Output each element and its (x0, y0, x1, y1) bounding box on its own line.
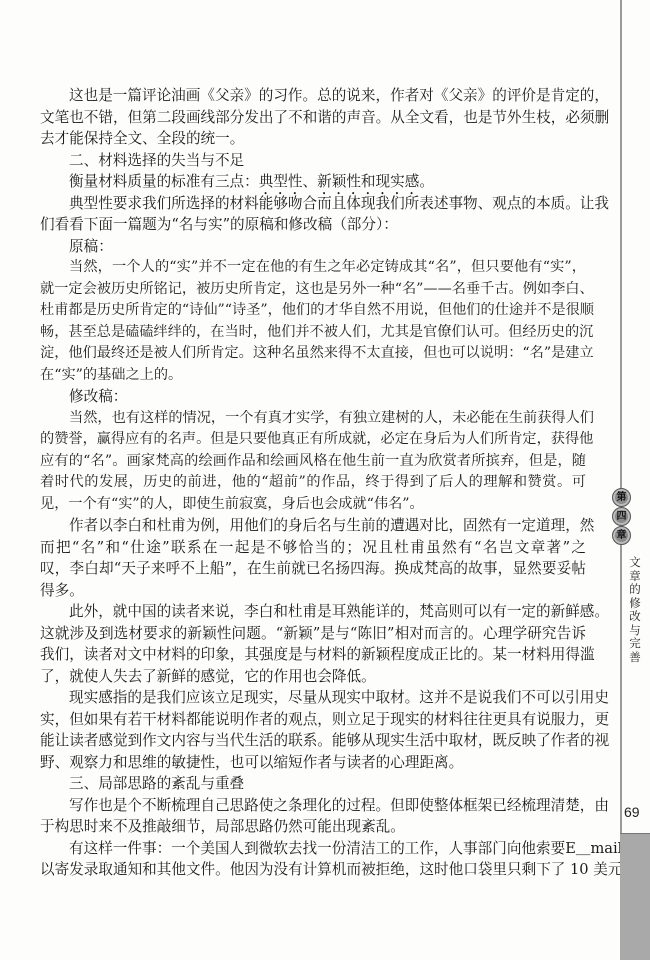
text-line: 野、观察力和思维的敏捷性，也可以缩短作者与读者的心理距离。 (40, 752, 586, 774)
text-line: 此外，就中国的读者来说，李白和杜甫是耳熟能详的，梵高则可以有一定的新鲜感。 (40, 601, 586, 623)
emphasized-term: 典型性 (259, 173, 303, 190)
quote-line: 见，一个有“实”的人，即使生前寂寞，身后也会成就“伟名”。 (40, 494, 586, 516)
text-line: 这也是一篇评论油画《父亲》的习作。总的说来，作者对《父亲》的评价是肯定的， (40, 85, 586, 107)
quote-line: 杜甫都是历史所肯定的“诗仙”“诗圣”，他们的才华自然不用说，但他们的仕途并不是很… (40, 300, 586, 322)
quote-line: 淀，他们最终还是被人们所肯定。这种名虽然来得不太直接，但也可以说明：“名”是建立 (40, 343, 586, 365)
emphasized-term: 新颖性和现实感 (317, 173, 419, 190)
text-line: 而把“名”和“仕途”联系在一起是不够恰当的；况且杜甫虽然有“名岂文章著”之 (40, 537, 586, 559)
chapter-badge-icon: 四 (612, 507, 631, 526)
section-heading: 三、局部思路的紊乱与重叠 (40, 773, 586, 795)
text-segment: 衡量材料质量的标准有三点： (69, 173, 259, 190)
quote-line: 畅，甚至总是磕磕绊绊的，在当时，他们并不被人们，尤其是官僚们认可。但经历史的沉 (40, 322, 586, 344)
quote-line: 的赞誉，赢得应有的名声。但是只要他真正有所成就，必定在身后为人们所肯定，获得他 (40, 429, 586, 451)
quote-line: 应有的“名”。画家梵高的绘画作品和绘画风格在他生前一直为欣赏者所摈弃，但是，随 (40, 451, 586, 473)
chapter-badge-icon: 第 (612, 488, 631, 507)
text-line: 这就涉及到选材要求的新颖性问题。“新颖”是与“陈旧”相对而言的。心理学研究告诉 (40, 623, 586, 645)
text-line: 有这样一件事：一个美国人到微软去找一份清洁工的工作，人事部门向他索要E＿mail (40, 838, 586, 860)
chapter-badge-icon: 章 (612, 526, 631, 545)
text-line-emphasis: 衡量材料质量的标准有三点：典型性、新颖性和现实感。 (40, 171, 586, 193)
text-line: 实，但如果有若干材料都能说明作者的观点，则立足于现实的材料往往更具有说服力，更 (40, 709, 586, 731)
text-line: 写作也是个不断梳理自己思路使之条理化的过程。但即使整体框架已经梳理清楚，由 (40, 795, 586, 817)
quote-line: 当然，也有这样的情况，一个有真才实学，有独立建树的人，未必能在生前获得人们 (40, 408, 586, 430)
text-line: 典型性要求我们所选择的材料能够吻合而且体现我们所表述事物、观点的本质。让我 (40, 193, 586, 215)
text-line: 我们，读者对文中材料的印象，其强度是与材料的新颖程度成正比的。某一材料用得滥 (40, 644, 586, 666)
text-line: 文笔也不错，但第二段画线部分发出了不和谐的声音。从全文看，也是节外生枝，必须删 (40, 107, 586, 129)
text-line: 作者以李白和杜甫为例，用他们的身后名与生前的遭遇对比，固然有一定道理，然 (40, 515, 586, 537)
section-heading: 二、材料选择的失当与不足 (40, 150, 586, 172)
quote-line: 就一定会被历史所铭记，被历史所肯定，这也是另外一种“名”——名垂千古。例如李白、 (40, 279, 586, 301)
page-body: 这也是一篇评论油画《父亲》的习作。总的说来，作者对《父亲》的评价是肯定的， 文笔… (40, 85, 586, 881)
quote-line: 在“实”的基础之上的。 (40, 365, 586, 387)
quote-line: 当然，一个人的“实”并不一定在他的有生之年必定铸成其“名”，但只要他有“实”， (40, 257, 586, 279)
chapter-title: 文章的修改与完善 (628, 556, 642, 664)
quote-line: 着时代的发展，历史的前进，他的“超前”的作品，终于得到了后人的理解和赞赏。可 (40, 472, 586, 494)
text-line: 们看看下面一篇题为“名与实”的原稿和修改稿（部分）： (40, 214, 586, 236)
text-line: 现实感指的是我们应该立足现实，尽量从现实中取材。这并不是说我们不可以引用史 (40, 687, 586, 709)
label-original-draft: 原稿： (40, 236, 586, 258)
text-line: 去才能保持全文、全段的统一。 (40, 128, 586, 150)
text-line: 于构思时来不及推敲细节，局部思路仍然可能出现紊乱。 (40, 816, 586, 838)
text-line: 以寄发录取通知和其他文件。他因为没有计算机而被拒绝，这时他口袋里只剩下了 10 … (40, 859, 586, 881)
page-number: 69 (624, 804, 640, 820)
text-line: 了，就使人失去了新鲜的感觉，它的作用也会降低。 (40, 666, 586, 688)
text-line: 叹，李白却“天子来呼不上船”，在生前就已名扬四海。换成梵高的故事，显然要妥帖 (40, 558, 586, 580)
label-revised-draft: 修改稿： (40, 386, 586, 408)
text-line: 得多。 (40, 580, 586, 602)
text-line: 能让读者感觉到作文内容与当代生活的联系。能够从现实生活中取材，既反映了作者的视 (40, 730, 586, 752)
margin-rule (620, 0, 622, 833)
thumb-tab (620, 833, 650, 960)
text-segment: 。 (419, 173, 434, 190)
text-segment: 、 (303, 173, 318, 190)
